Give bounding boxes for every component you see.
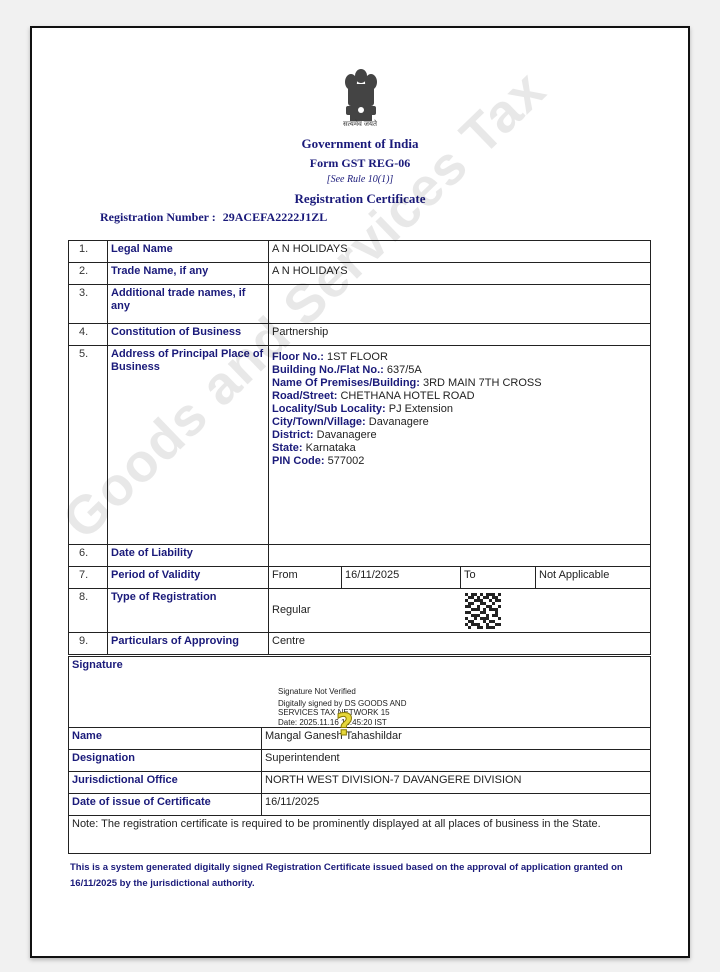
registration-number-value: 29ACEFA2222J1ZL	[223, 210, 327, 224]
emblem-motto: सत्यमेव जयते	[32, 120, 688, 129]
validity-to-value: Not Applicable	[536, 567, 651, 589]
registration-number-label: Registration Number :	[100, 210, 216, 224]
validity-to-label: To	[461, 567, 536, 589]
row-label: Address of Principal Place of Business	[108, 346, 269, 545]
officer-name-value: Mangal Ganesh Tahashildar	[262, 728, 651, 750]
address-city: City/Town/Village: Davanagere	[272, 416, 647, 429]
address-building: Building No./Flat No.: 637/5A	[272, 364, 647, 377]
table-row: 3. Additional trade names, if any	[69, 285, 651, 324]
row-number: 8.	[69, 589, 108, 633]
row-label: Type of Registration	[108, 589, 269, 633]
table-row: 9. Particulars of Approving Centre	[69, 633, 651, 655]
row-number: 9.	[69, 633, 108, 655]
approving-authority-value: Centre	[269, 633, 651, 655]
table-row: 4. Constitution of Business Partnership	[69, 324, 651, 346]
row-number: 1.	[69, 241, 108, 263]
row-label: Date of Liability	[108, 545, 269, 567]
row-number: 2.	[69, 263, 108, 285]
address-value: Floor No.: 1ST FLOOR Building No./Flat N…	[269, 346, 651, 545]
certificate-page: सत्यमेव जयते Government of India Form GS…	[30, 26, 690, 958]
form-title: Form GST REG-06	[32, 156, 688, 171]
row-label: Constitution of Business	[108, 324, 269, 346]
table-row: Designation Superintendent	[69, 750, 651, 772]
legal-name-value: A N HOLIDAYS	[269, 241, 651, 263]
note-row: Note: The registration certificate is re…	[69, 816, 651, 854]
row-number: 4.	[69, 324, 108, 346]
address-locality: Locality/Sub Locality: PJ Extension	[272, 403, 647, 416]
table-row: 1. Legal Name A N HOLIDAYS	[69, 241, 651, 263]
designation-value: Superintendent	[262, 750, 651, 772]
rule-reference: [See Rule 10(1)]	[32, 174, 688, 185]
constitution-value: Partnership	[269, 324, 651, 346]
address-road: Road/Street: CHETHANA HOTEL ROAD	[272, 390, 647, 403]
registration-details-table: 1. Legal Name A N HOLIDAYS 2. Trade Name…	[68, 240, 651, 655]
jurisdictional-office-value: NORTH WEST DIVISION-7 DAVANGERE DIVISION	[262, 772, 651, 794]
table-row: Date of issue of Certificate 16/11/2025	[69, 794, 651, 816]
system-generated-footer: This is a system generated digitally sig…	[70, 860, 650, 892]
table-row: 2. Trade Name, if any A N HOLIDAYS	[69, 263, 651, 285]
signature-status: Signature Not Verified	[278, 687, 407, 697]
issue-date-label: Date of issue of Certificate	[69, 794, 262, 816]
date-of-liability-value	[269, 545, 651, 567]
row-number: 3.	[69, 285, 108, 324]
jurisdictional-office-label: Jurisdictional Office	[69, 772, 262, 794]
issue-date-value: 16/11/2025	[262, 794, 651, 816]
row-label: Trade Name, if any	[108, 263, 269, 285]
registration-type-value: Regular	[269, 589, 651, 633]
table-row: Name Mangal Ganesh Tahashildar	[69, 728, 651, 750]
table-row: 7. Period of Validity From 16/11/2025 To…	[69, 567, 651, 589]
address-floor: Floor No.: 1ST FLOOR	[272, 351, 647, 364]
row-label: Legal Name	[108, 241, 269, 263]
row-label: Additional trade names, if any	[108, 285, 269, 324]
address-district: District: Davanagere	[272, 429, 647, 442]
validity-from-label: From	[269, 567, 342, 589]
display-note: Note: The registration certificate is re…	[69, 816, 651, 854]
officer-name-label: Name	[69, 728, 262, 750]
certificate-title: Registration Certificate	[32, 191, 688, 207]
registration-type-text: Regular	[272, 604, 311, 616]
row-number: 7.	[69, 567, 108, 589]
row-number: 5.	[69, 346, 108, 545]
table-row: 8. Type of Registration Regular	[69, 589, 651, 633]
row-number: 6.	[69, 545, 108, 567]
officer-details-table: Signature Name Mangal Ganesh Tahashildar…	[68, 656, 651, 854]
row-label: Particulars of Approving	[108, 633, 269, 655]
signature-signer: Digitally signed by DS GOODS AND	[278, 699, 407, 709]
address-premises: Name Of Premises/Building: 3RD MAIN 7TH …	[272, 377, 647, 390]
question-mark-icon: ?	[336, 708, 353, 743]
government-title: Government of India	[32, 136, 688, 152]
trade-name-value: A N HOLIDAYS	[269, 263, 651, 285]
table-row: Jurisdictional Office NORTH WEST DIVISIO…	[69, 772, 651, 794]
additional-trade-names-value	[269, 285, 651, 324]
address-pin: PIN Code: 577002	[272, 455, 647, 468]
qr-code-icon	[465, 592, 501, 630]
validity-from-value: 16/11/2025	[342, 567, 461, 589]
address-state: State: Karnataka	[272, 442, 647, 455]
row-label: Period of Validity	[108, 567, 269, 589]
table-row: 6. Date of Liability	[69, 545, 651, 567]
designation-label: Designation	[69, 750, 262, 772]
table-row: 5. Address of Principal Place of Busines…	[69, 346, 651, 545]
registration-number: Registration Number : 29ACEFA2222J1ZL	[100, 210, 327, 225]
